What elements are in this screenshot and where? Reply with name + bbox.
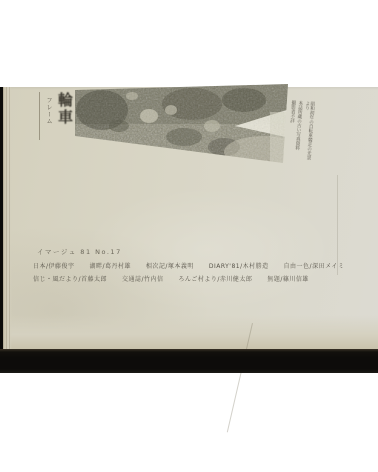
book-bottom-shadow [0,349,378,373]
scan-background: 輪車 フレーム 昭和初年の自転車競走の光景より 本誌所蔵の古い写真資料 撮影者不… [0,0,378,472]
vertical-rule [39,92,40,140]
photo-caption: 昭和初年の自転車競走の光景より 本誌所蔵の古い写真資料 撮影者不詳 [287,100,315,164]
credit-entry: 日本/伊藤俊宇 [33,263,75,270]
credit-entry: 湖畔/葛丹村雄 [89,263,131,270]
issue-title-line: イマージュ 81 No.17 [37,247,122,256]
credit-entry: DIARY'81/木村勝造 [209,263,269,270]
page-crease-vertical [337,175,338,275]
vertical-title-main: 輪車 [55,92,76,148]
credit-entry: 自由一色/深田メイミ [284,263,345,270]
credit-entry: ろんご村より/赤川健太郎 [178,276,252,283]
credits-row-1: 日本/伊藤俊宇 湖畔/葛丹村雄 相次記/塚本義明 DIARY'81/木村勝造 自… [33,261,357,270]
page-crease-diagonal [227,323,253,432]
credit-entry: 信じ・風だより/首藤太郎 [33,276,107,283]
book-spine-edge [0,87,3,373]
credits-row-2: 信じ・風だより/首藤太郎 交通誌/竹内信 ろんご村より/赤川健太郎 無題/篠川信… [33,274,322,283]
credit-entry: 交通誌/竹内信 [122,276,164,283]
credit-entry: 無題/篠川信雄 [267,276,309,283]
page-edge-texture [3,87,12,349]
vertical-title-sub: フレーム [44,97,53,139]
credit-entry: 相次記/塚本義明 [146,263,194,270]
